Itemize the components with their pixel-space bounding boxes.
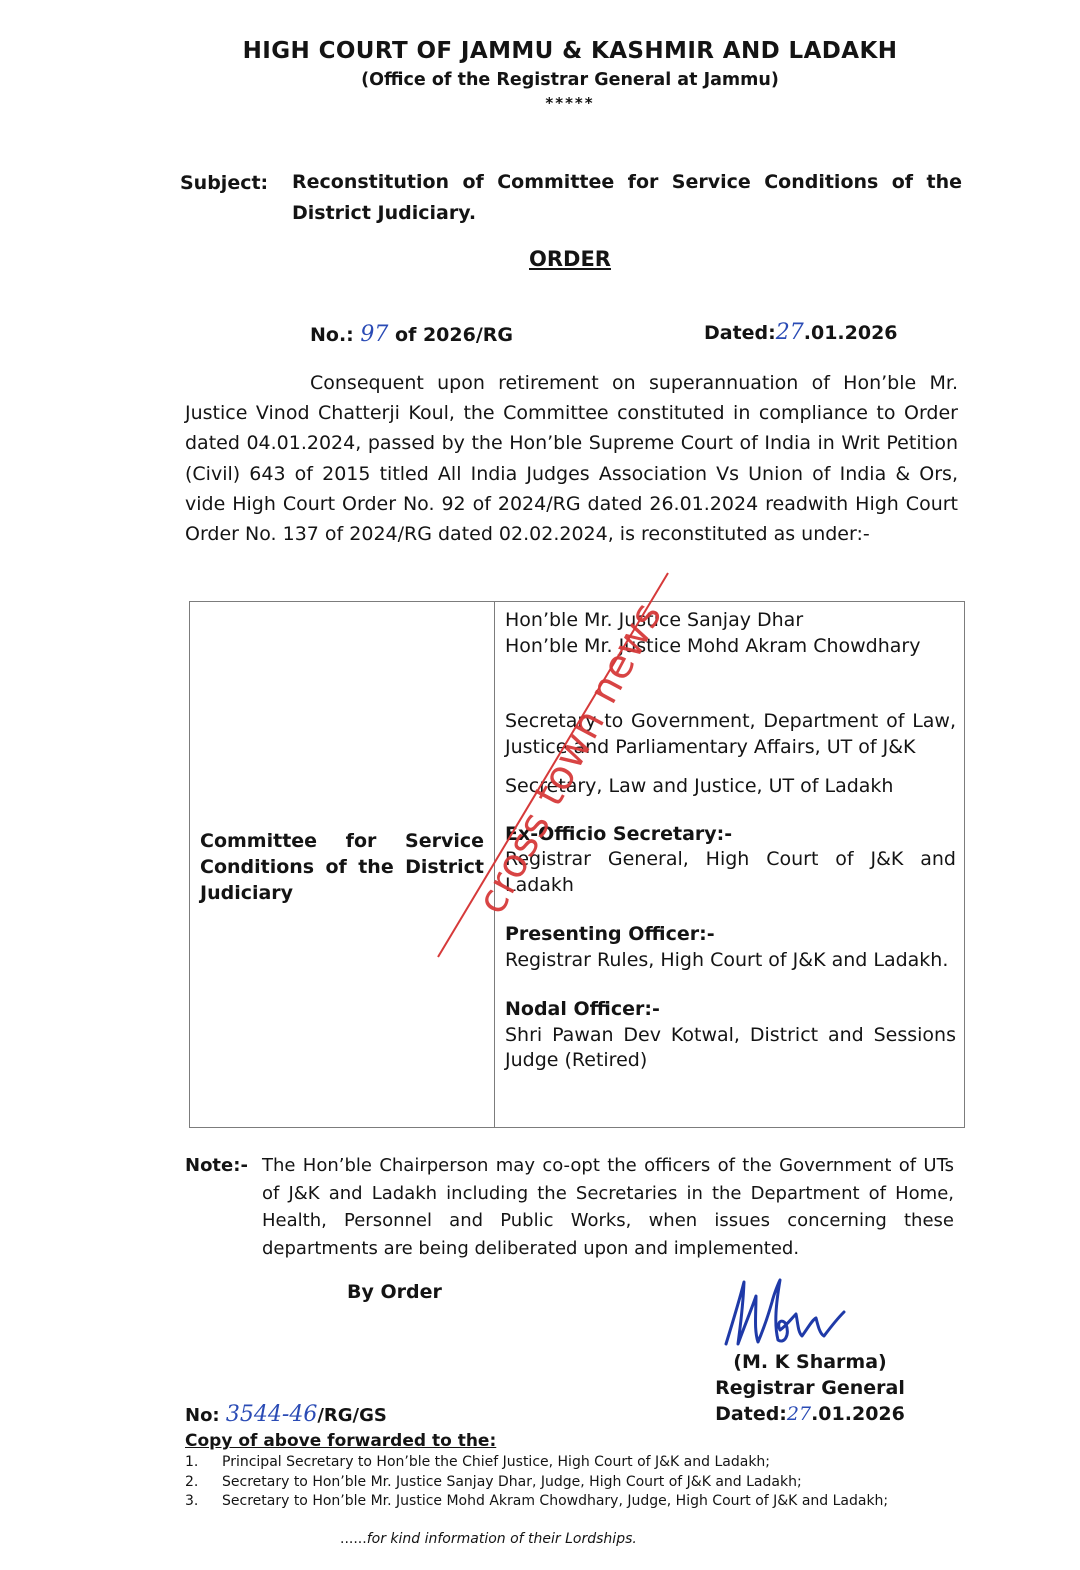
forwarding-number: No: 3544-46/RG/GS	[185, 1402, 387, 1427]
by-order-label: By Order	[347, 1281, 442, 1303]
subject-label: Subject:	[180, 172, 268, 194]
signer-name: (M. K Sharma)	[690, 1349, 930, 1375]
forwarding-number-handwritten: 3544-46	[226, 1402, 317, 1427]
closing-line: ......for kind information of their Lord…	[340, 1531, 637, 1547]
order-number-handwritten: 97	[360, 322, 388, 347]
order-number-suffix: of 2026/RG	[395, 324, 513, 346]
copy-forwarded-list: 1.Principal Secretary to Hon’ble the Chi…	[185, 1453, 955, 1512]
order-title: ORDER	[0, 247, 1080, 271]
order-number-prefix: No.:	[310, 324, 354, 346]
list-item: 2.Secretary to Hon’ble Mr. Justice Sanja…	[185, 1473, 955, 1493]
court-name-heading: HIGH COURT OF JAMMU & KASHMIR AND LADAKH	[0, 38, 1080, 64]
signature-date-handwritten: 27	[787, 1403, 811, 1425]
header-stars: *****	[0, 94, 1080, 112]
office-subheading: (Office of the Registrar General at Jamm…	[0, 70, 1080, 90]
order-paragraph: Consequent upon retirement on superannua…	[185, 368, 958, 549]
order-date-suffix: .01.2026	[804, 322, 898, 344]
role-value-nodal-officer: Shri Pawan Dev Kotwal, District and Sess…	[505, 1023, 956, 1074]
role-heading-nodal-officer: Nodal Officer:-	[505, 997, 956, 1023]
order-date-prefix: Dated:	[704, 322, 776, 344]
order-number: No.: 97 of 2026/RG	[310, 322, 513, 347]
copy-forwarded-title: Copy of above forwarded to the:	[185, 1431, 496, 1451]
order-date: Dated:27.01.2026	[704, 320, 898, 345]
list-item: 1.Principal Secretary to Hon’ble the Chi…	[185, 1453, 955, 1473]
signer-designation: Registrar General	[690, 1375, 930, 1401]
note-label: Note:-	[185, 1155, 248, 1176]
order-paragraph-text: Consequent upon retirement on superannua…	[185, 372, 958, 545]
order-date-handwritten: 27	[776, 320, 804, 345]
list-item: 3.Secretary to Hon’ble Mr. Justice Mohd …	[185, 1492, 955, 1512]
subject-text: Reconstitution of Committee for Service …	[292, 167, 962, 229]
note-text: The Hon’ble Chairperson may co-opt the o…	[262, 1152, 954, 1262]
signature-icon	[716, 1278, 866, 1352]
signature-date: Dated:27.01.2026	[690, 1401, 930, 1427]
signer-block: (M. K Sharma) Registrar General Dated:27…	[690, 1349, 930, 1427]
